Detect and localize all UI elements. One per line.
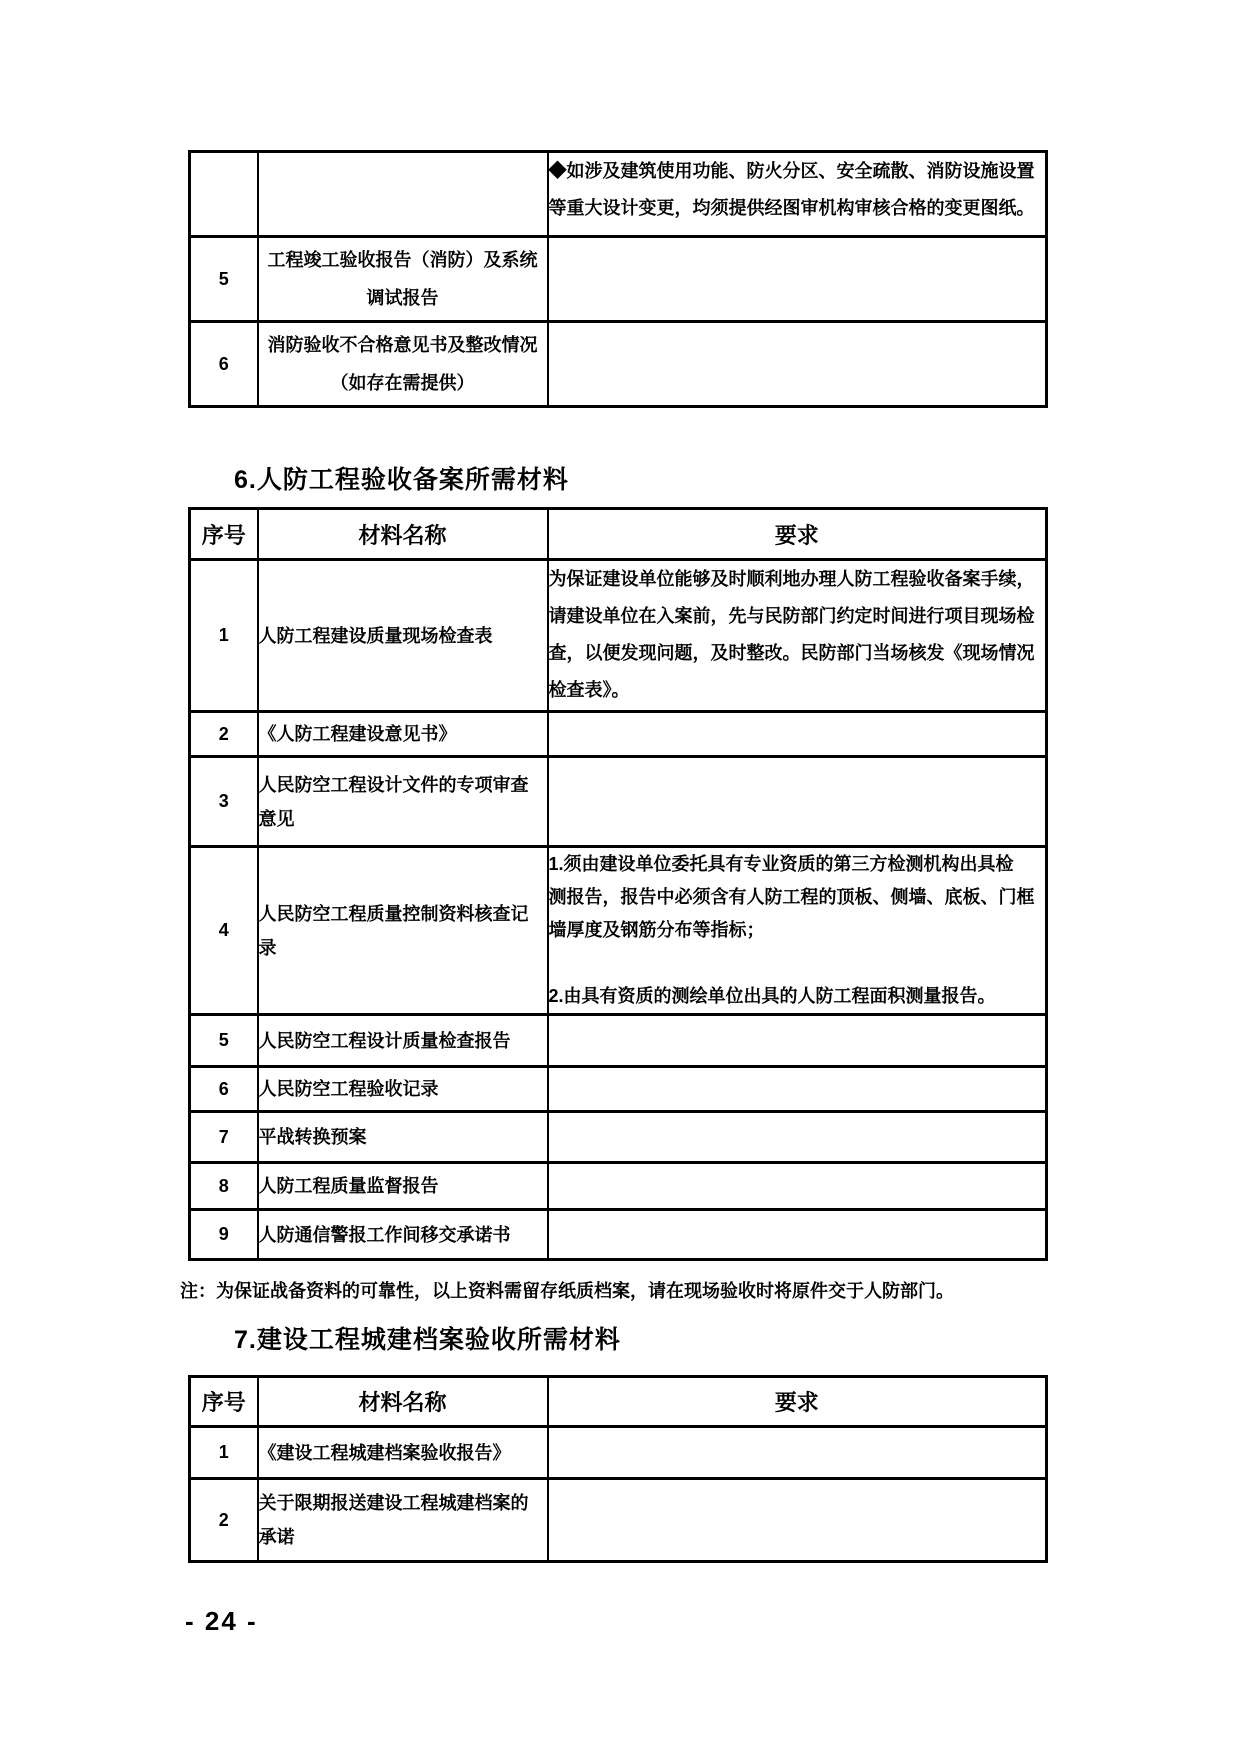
- cell-material-name: 工程竣工验收报告（消防）及系统 调试报告: [258, 237, 548, 322]
- header-requirement: 要求: [548, 509, 1047, 560]
- cell-material-name: 平战转换预案: [258, 1112, 548, 1163]
- table-row: 3 人民防空工程设计文件的专项审查 意见: [190, 757, 1047, 847]
- cell-requirement: ◆如涉及建筑使用功能、防火分区、安全疏散、消防设施设置 等重大设计变更，均须提供…: [548, 152, 1047, 237]
- cell-material-name: 《人防工程建设意见书》: [258, 712, 548, 757]
- cell-material-name: 人民防空工程验收记录: [258, 1067, 548, 1112]
- cell-requirement: [548, 1067, 1047, 1112]
- cell-material-name: 人民防空工程设计质量检查报告: [258, 1015, 548, 1067]
- section-heading-renfang: 6.人防工程验收备案所需材料: [234, 460, 569, 496]
- table-row: 6 人民防空工程验收记录: [190, 1067, 1047, 1112]
- cell-requirement: [548, 712, 1047, 757]
- cell-seq: 5: [190, 1015, 258, 1067]
- table-note: 注：为保证战备资料的可靠性，以上资料需留存纸质档案，请在现场验收时将原件交于人防…: [180, 1278, 1060, 1304]
- cell-requirement: [548, 1163, 1047, 1210]
- cell-material-name: 关于限期报送建设工程城建档案的 承诺: [258, 1479, 548, 1562]
- cell-requirement: 为保证建设单位能够及时顺利地办理人防工程验收备案手续， 请建设单位在入案前，先与…: [548, 560, 1047, 712]
- cell-seq: 6: [190, 322, 258, 407]
- document-page: ◆如涉及建筑使用功能、防火分区、安全疏散、消防设施设置 等重大设计变更，均须提供…: [0, 0, 1240, 1754]
- cell-requirement: [548, 1479, 1047, 1562]
- cell-seq: 6: [190, 1067, 258, 1112]
- table-row: ◆如涉及建筑使用功能、防火分区、安全疏散、消防设施设置 等重大设计变更，均须提供…: [190, 152, 1047, 237]
- cell-requirement: [548, 1210, 1047, 1260]
- renfang-materials-table: 序号 材料名称 要求 1 人防工程建设质量现场检查表 为保证建设单位能够及时顺利…: [188, 507, 1048, 1261]
- cell-requirement: [548, 757, 1047, 847]
- cell-requirement: [548, 322, 1047, 407]
- cell-requirement: [548, 1112, 1047, 1163]
- cell-seq: 5: [190, 237, 258, 322]
- chengjian-materials-table: 序号 材料名称 要求 1 《建设工程城建档案验收报告》 2 关于限期报送建设工程…: [188, 1375, 1048, 1563]
- table-row: 2 关于限期报送建设工程城建档案的 承诺: [190, 1479, 1047, 1562]
- table-row: 5 工程竣工验收报告（消防）及系统 调试报告: [190, 237, 1047, 322]
- cell-seq: 4: [190, 847, 258, 1015]
- cell-material-name: 人防工程质量监督报告: [258, 1163, 548, 1210]
- header-material-name: 材料名称: [258, 1377, 548, 1427]
- cell-seq: [190, 152, 258, 237]
- table-row: 1 《建设工程城建档案验收报告》: [190, 1427, 1047, 1479]
- header-material-name: 材料名称: [258, 509, 548, 560]
- cell-seq: 8: [190, 1163, 258, 1210]
- cell-material-name: 消防验收不合格意见书及整改情况 （如存在需提供）: [258, 322, 548, 407]
- cell-seq: 7: [190, 1112, 258, 1163]
- fire-materials-table: ◆如涉及建筑使用功能、防火分区、安全疏散、消防设施设置 等重大设计变更，均须提供…: [188, 150, 1048, 408]
- cell-material-name: 人民防空工程质量控制资料核查记 录: [258, 847, 548, 1015]
- cell-seq: 2: [190, 712, 258, 757]
- cell-seq: 9: [190, 1210, 258, 1260]
- table-row: 4 人民防空工程质量控制资料核查记 录 1.须由建设单位委托具有专业资质的第三方…: [190, 847, 1047, 1015]
- table-row: 6 消防验收不合格意见书及整改情况 （如存在需提供）: [190, 322, 1047, 407]
- table-header-row: 序号 材料名称 要求: [190, 509, 1047, 560]
- cell-material-name: 《建设工程城建档案验收报告》: [258, 1427, 548, 1479]
- page-number: - 24 -: [185, 1606, 258, 1637]
- header-requirement: 要求: [548, 1377, 1047, 1427]
- table-row: 9 人防通信警报工作间移交承诺书: [190, 1210, 1047, 1260]
- cell-seq: 1: [190, 560, 258, 712]
- table-row: 2 《人防工程建设意见书》: [190, 712, 1047, 757]
- table-row: 7 平战转换预案: [190, 1112, 1047, 1163]
- cell-requirement: [548, 1015, 1047, 1067]
- cell-material-name: 人防工程建设质量现场检查表: [258, 560, 548, 712]
- cell-requirement: [548, 1427, 1047, 1479]
- table-header-row: 序号 材料名称 要求: [190, 1377, 1047, 1427]
- table-row: 8 人防工程质量监督报告: [190, 1163, 1047, 1210]
- cell-seq: 2: [190, 1479, 258, 1562]
- cell-material-name: 人防通信警报工作间移交承诺书: [258, 1210, 548, 1260]
- section-heading-chengjian: 7.建设工程城建档案验收所需材料: [234, 1320, 621, 1356]
- table-row: 1 人防工程建设质量现场检查表 为保证建设单位能够及时顺利地办理人防工程验收备案…: [190, 560, 1047, 712]
- header-seq: 序号: [190, 509, 258, 560]
- cell-requirement: [548, 237, 1047, 322]
- cell-seq: 3: [190, 757, 258, 847]
- cell-seq: 1: [190, 1427, 258, 1479]
- header-seq: 序号: [190, 1377, 258, 1427]
- cell-material-name: [258, 152, 548, 237]
- cell-requirement: 1.须由建设单位委托具有专业资质的第三方检测机构出具检 测报告，报告中必须含有人…: [548, 847, 1047, 1015]
- cell-material-name: 人民防空工程设计文件的专项审查 意见: [258, 757, 548, 847]
- table-row: 5 人民防空工程设计质量检查报告: [190, 1015, 1047, 1067]
